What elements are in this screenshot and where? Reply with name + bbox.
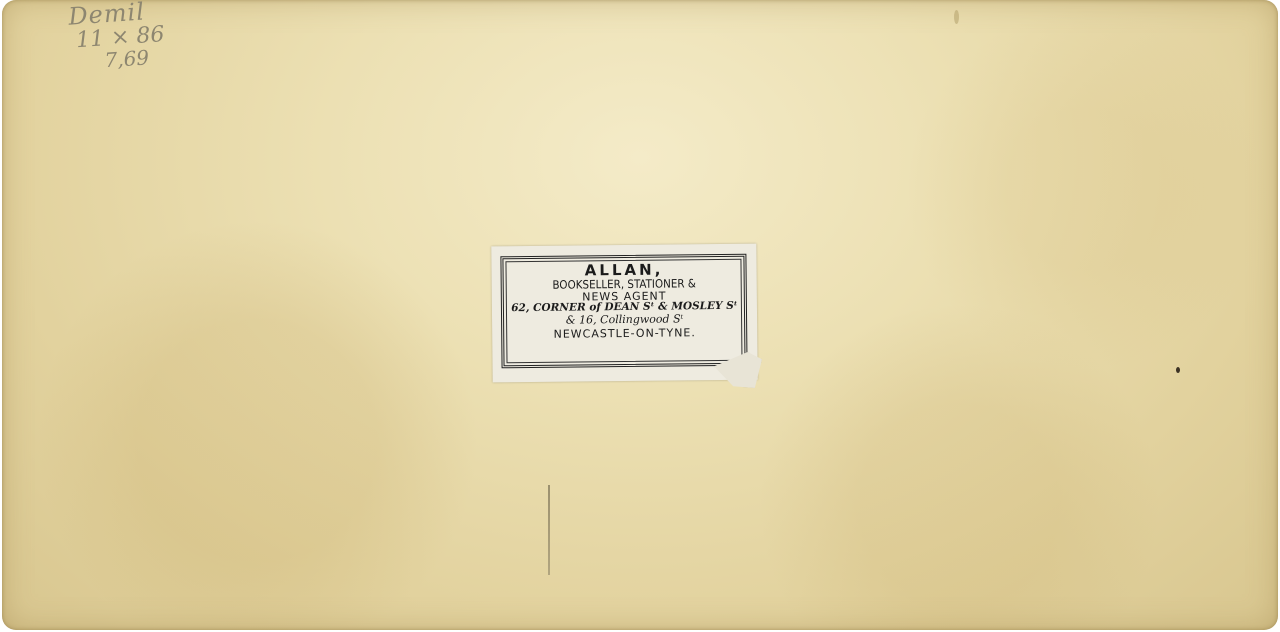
trade-label: ALLAN, BOOKSELLER, STATIONER & NEWS AGEN… (491, 244, 757, 383)
label-address-2: & 16, Collingwood Sᵗ (504, 313, 745, 327)
ink-spot (1176, 367, 1180, 373)
stereoview-card-back: Demil 11 × 86 7,69 ALLAN, BOOKSELLER, ST… (2, 0, 1278, 630)
handwritten-pencil-note: Demil 11 × 86 7,69 (50, 0, 167, 75)
label-city: NEWCASTLE-ON-TYNE. (504, 326, 745, 340)
stain-spot (954, 10, 959, 24)
pencil-mark (548, 485, 550, 575)
